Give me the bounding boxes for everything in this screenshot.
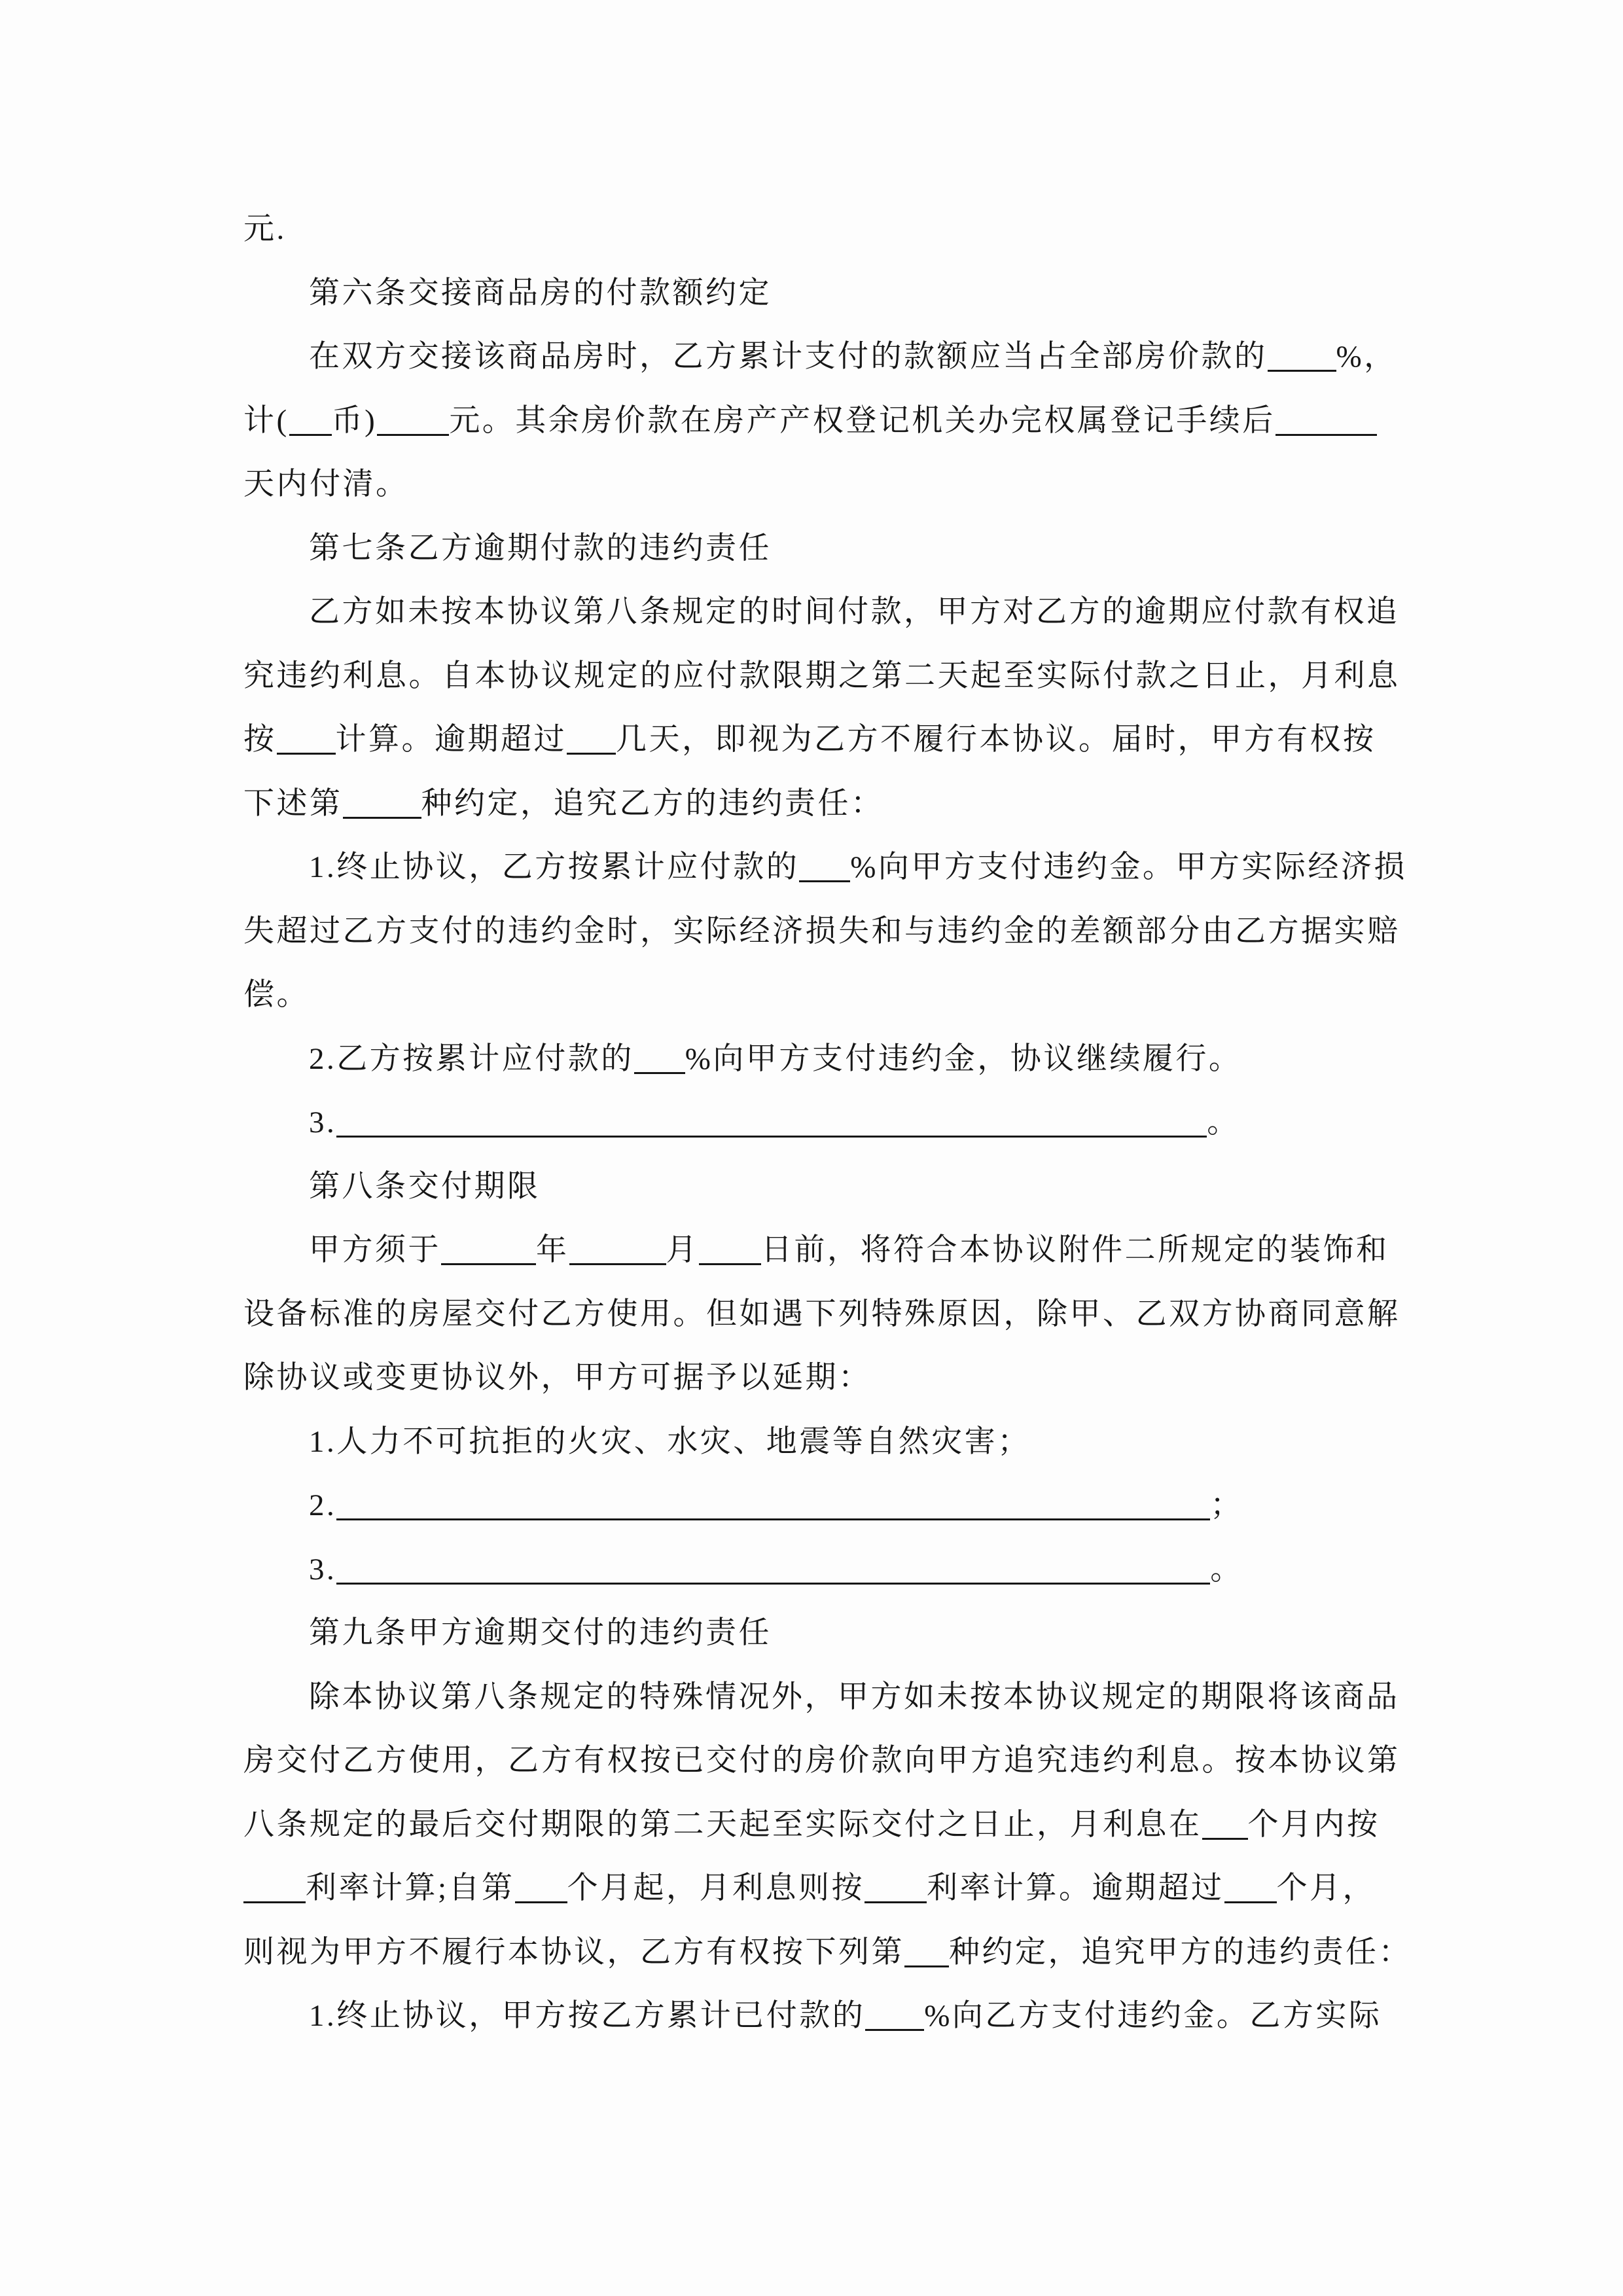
text-segment: 种约定，追究乙方的违约责任： — [421, 787, 884, 821]
text-line: 1.终止协议，乙方按累计应付款的%向甲方支付违约金。甲方实际经济损 — [243, 836, 1397, 900]
text-line: 甲方须于年月日前，将符合本协议附件二所规定的装饰和 — [243, 1219, 1397, 1283]
text-segment: 利率计算;自第 — [306, 1871, 515, 1905]
blank-underline — [904, 1965, 949, 1967]
text-line: 失超过乙方支付的违约金时，实际经济损失和与违约金的差额部分由乙方据实赔 — [243, 900, 1397, 964]
blank-underline — [336, 1136, 1207, 1138]
text-line: 则视为甲方不履行本协议，乙方有权按下列第种约定，追究甲方的违约责任： — [243, 1921, 1397, 1985]
text-segment: 个月起，月利息则按 — [567, 1871, 865, 1905]
text-segment: 则视为甲方不履行本协议，乙方有权按下列第 — [243, 1935, 904, 1969]
text-segment: %， — [1336, 340, 1397, 374]
text-line: 1.人力不可抗拒的火灾、水灾、地震等自然灾害； — [243, 1410, 1397, 1475]
text-line: 设备标准的房屋交付乙方使用。但如遇下列特殊原因，除甲、乙双方协商同意解 — [243, 1283, 1397, 1347]
text-line: 下述第种约定，追究乙方的违约责任： — [243, 772, 1397, 836]
text-segment: 第八条交付期限 — [309, 1170, 541, 1204]
text-segment: 日前，将符合本协议附件二所规定的装饰和 — [761, 1233, 1389, 1267]
text-segment: 偿。 — [243, 978, 310, 1012]
text-segment: 2.乙方按累计应付款的 — [309, 1042, 634, 1076]
blank-underline — [336, 1518, 1210, 1520]
text-segment: %向甲方支付违约金，协议继续履行。 — [685, 1042, 1242, 1076]
text-line: 天内付清。 — [243, 453, 1397, 517]
text-segment: 设备标准的房屋交付乙方使用。但如遇下列特殊原因，除甲、乙双方协商同意解 — [243, 1297, 1400, 1331]
blank-underline — [569, 1263, 666, 1265]
text-segment: 在双方交接该商品房时，乙方累计支付的款额应当占全部房价款的 — [309, 340, 1268, 374]
document-page: 元.第六条交接商品房的付款额约定在双方交接该商品房时，乙方累计支付的款额应当占全… — [0, 0, 1623, 2296]
blank-underline — [567, 753, 616, 755]
text-segment: 3. — [309, 1552, 336, 1587]
blank-underline — [1275, 434, 1377, 436]
text-segment: 失超过乙方支付的违约金时，实际经济损失和与违约金的差额部分由乙方据实赔 — [243, 914, 1400, 948]
text-segment: 。 — [1210, 1552, 1243, 1587]
text-line: 2.； — [243, 1474, 1397, 1538]
text-line: 按计算。逾期超过几天，即视为乙方不履行本协议。届时，甲方有权按 — [243, 708, 1397, 772]
blank-underline — [377, 434, 449, 436]
text-segment: 除本协议第八条规定的特殊情况外，甲方如未按本协议规定的期限将该商品 — [309, 1680, 1400, 1714]
text-segment: 下述第 — [243, 787, 343, 821]
text-segment: 计( — [243, 404, 289, 438]
text-segment: 2. — [309, 1488, 336, 1522]
text-segment: 元。其余房价款在房产产权登记机关办完权属登记手续后 — [449, 404, 1275, 438]
text-segment: 1.终止协议，甲方按乙方累计已付款的 — [309, 1999, 865, 2033]
blank-underline — [277, 753, 336, 755]
blank-underline — [343, 817, 421, 819]
text-segment: 乙方如未按本协议第八条规定的时间付款，甲方对乙方的逾期应付款有权追 — [309, 595, 1400, 629]
text-line: 计(币)元。其余房价款在房产产权登记机关办完权属登记手续后 — [243, 389, 1397, 454]
text-line: 1.终止协议，甲方按乙方累计已付款的%向乙方支付违约金。乙方实际 — [243, 1984, 1397, 2049]
text-segment: 八条规定的最后交付期限的第二天起至实际交付之日止，月利息在 — [243, 1808, 1202, 1842]
text-line: 利率计算;自第个月起，月利息则按利率计算。逾期超过个月， — [243, 1857, 1397, 1921]
text-line: 3.。 — [243, 1538, 1397, 1602]
text-line: 偿。 — [243, 963, 1397, 1028]
text-segment: 利率计算。逾期超过 — [927, 1871, 1224, 1905]
text-segment: 3. — [309, 1105, 336, 1139]
blank-underline — [515, 1901, 567, 1903]
document-body: 元.第六条交接商品房的付款额约定在双方交接该商品房时，乙方累计支付的款额应当占全… — [243, 198, 1397, 2049]
blank-underline — [243, 1901, 306, 1903]
text-line: 元. — [243, 198, 1397, 262]
text-segment: %向乙方支付违约金。乙方实际 — [924, 1999, 1382, 2033]
text-segment: 天内付清。 — [243, 467, 409, 501]
text-line: 在双方交接该商品房时，乙方累计支付的款额应当占全部房价款的%， — [243, 325, 1397, 389]
text-segment: 币) — [332, 404, 378, 438]
text-segment: 年 — [536, 1233, 569, 1267]
text-segment: %向甲方支付违约金。甲方实际经济损 — [850, 850, 1407, 884]
text-segment: 1.人力不可抗拒的火灾、水灾、地震等自然灾害； — [309, 1425, 1031, 1459]
text-segment: 个月， — [1277, 1871, 1376, 1905]
text-segment: ； — [1210, 1488, 1243, 1522]
text-segment: 元. — [243, 212, 287, 246]
text-segment: 按 — [243, 723, 277, 757]
text-line: 除协议或变更协议外，甲方可据予以延期： — [243, 1346, 1397, 1410]
blank-underline — [1202, 1838, 1248, 1840]
text-line: 第六条交接商品房的付款额约定 — [243, 262, 1397, 326]
blank-underline — [799, 880, 850, 882]
text-segment: 。 — [1207, 1105, 1240, 1139]
text-segment: 究违约利息。自本协议规定的应付款限期之第二天起至实际付款之日止，月利息 — [243, 659, 1400, 693]
blank-underline — [1224, 1901, 1277, 1903]
blank-underline — [699, 1263, 761, 1265]
text-line: 第七条乙方逾期付款的违约责任 — [243, 517, 1397, 581]
text-segment: 几天，即视为乙方不履行本协议。届时，甲方有权按 — [616, 723, 1376, 757]
text-segment: 第九条甲方逾期交付的违约责任 — [309, 1616, 772, 1650]
blank-underline — [289, 434, 332, 436]
text-line: 3.。 — [243, 1091, 1397, 1155]
text-segment: 种约定，追究甲方的违约责任： — [949, 1935, 1412, 1969]
text-segment: 房交付乙方使用，乙方有权按已交付的房价款向甲方追究违约利息。按本协议第 — [243, 1744, 1400, 1778]
text-segment: 第七条乙方逾期付款的违约责任 — [309, 531, 772, 565]
text-line: 究违约利息。自本协议规定的应付款限期之第二天起至实际付款之日止，月利息 — [243, 645, 1397, 709]
text-segment: 甲方须于 — [309, 1233, 441, 1267]
blank-underline — [634, 1072, 685, 1074]
text-line: 房交付乙方使用，乙方有权按已交付的房价款向甲方追究违约利息。按本协议第 — [243, 1729, 1397, 1793]
text-line: 除本协议第八条规定的特殊情况外，甲方如未按本协议规定的期限将该商品 — [243, 1666, 1397, 1730]
text-segment: 个月内按 — [1248, 1808, 1380, 1842]
text-segment: 1.终止协议，乙方按累计应付款的 — [309, 850, 799, 884]
blank-underline — [865, 1901, 927, 1903]
text-line: 八条规定的最后交付期限的第二天起至实际交付之日止，月利息在个月内按 — [243, 1793, 1397, 1857]
text-line: 第八条交付期限 — [243, 1155, 1397, 1219]
blank-underline — [336, 1583, 1210, 1585]
text-segment: 除协议或变更协议外，甲方可据予以延期： — [243, 1361, 872, 1395]
text-line: 2.乙方按累计应付款的%向甲方支付违约金，协议继续履行。 — [243, 1028, 1397, 1092]
text-line: 乙方如未按本协议第八条规定的时间付款，甲方对乙方的逾期应付款有权追 — [243, 581, 1397, 645]
text-segment: 月 — [666, 1233, 700, 1267]
blank-underline — [865, 2029, 924, 2031]
text-segment: 第六条交接商品房的付款额约定 — [309, 276, 772, 310]
text-segment: 计算。逾期超过 — [336, 723, 567, 757]
blank-underline — [1268, 370, 1336, 372]
text-line: 第九条甲方逾期交付的违约责任 — [243, 1602, 1397, 1666]
blank-underline — [441, 1263, 536, 1265]
